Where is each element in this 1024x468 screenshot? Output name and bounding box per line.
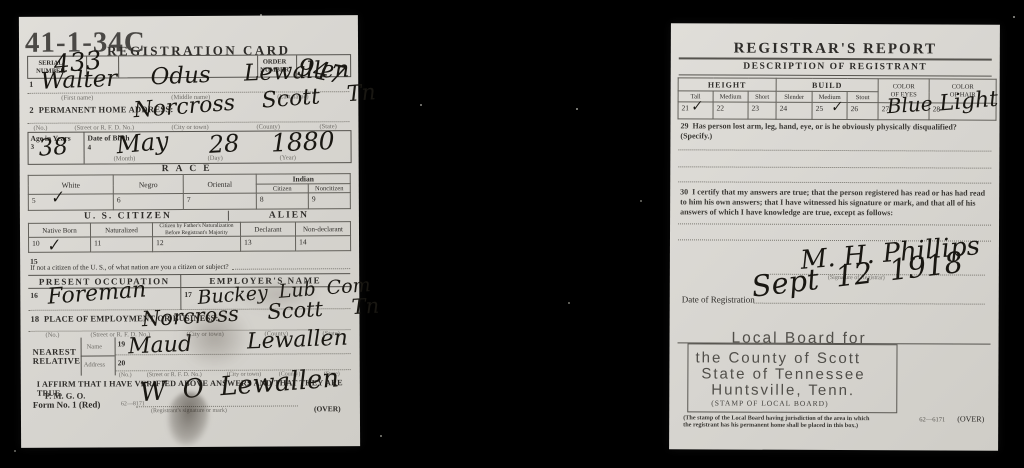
- q30-text-block: 30 I certify that my answers are true; t…: [680, 187, 993, 218]
- scanned-draft-card-image: { "checkmark": "✓", "left_card": { "stam…: [0, 0, 1024, 468]
- q29-question: Has person lost arm, leg, hand, eye, or …: [692, 121, 956, 131]
- q20-number: 20: [118, 358, 126, 367]
- race-cell-oriental: 7: [183, 193, 256, 209]
- height-header: HEIGHT: [678, 78, 776, 91]
- q29-text-block: 29 Has person lost arm, leg, hand, eye, …: [680, 121, 992, 142]
- form-name: Form No. 1 (Red): [33, 399, 101, 409]
- rel-sublabel-no: (No.): [119, 372, 132, 378]
- q17-number: 17: [184, 290, 192, 299]
- dob-sublabel-day: (Day): [208, 155, 223, 162]
- citizen-cell-naturalized: 11: [91, 237, 153, 252]
- race-col-indian: Indian: [256, 174, 350, 184]
- description-subtitle: DESCRIPTION OF REGISTRANT: [671, 61, 1000, 72]
- race-cell-white: 5: [28, 194, 113, 210]
- citizen-col-father-naturalization: Citizen by Father's Naturalization Befor…: [152, 222, 240, 236]
- nearest-relative-label2: RELATIVE: [33, 356, 81, 366]
- name-sublabel-first: (First name): [61, 95, 93, 102]
- dob-sublabel-year: (Year): [280, 154, 296, 161]
- citizen-cell-father: 12: [153, 236, 241, 251]
- relative-address-field-label: Address: [84, 361, 105, 368]
- alien-col-declarant: Declarant: [240, 222, 295, 236]
- registration-card: 41-1-34C REGISTRATION CARD SERIAL NUMBER…: [19, 15, 360, 448]
- race-cell-indian-noncitizen: 9: [308, 193, 350, 209]
- stamp-of-local-board-sublabel: (STAMP OF LOCAL BOARD): [711, 398, 828, 408]
- citizen-col-native-born: Native Born: [28, 223, 90, 237]
- print-code: 62—6171: [919, 416, 945, 423]
- build-header: BUILD: [776, 78, 878, 91]
- race-col-oriental: Oriental: [183, 174, 256, 193]
- report-title: REGISTRAR'S REPORT: [671, 40, 1000, 58]
- color-of-eyes-header-line1: COLOR: [879, 83, 929, 91]
- q29-specify: (Specify.): [680, 131, 992, 142]
- divider: [83, 133, 84, 164]
- citizenship-table: Native Born Naturalized Citizen by Fathe…: [28, 221, 351, 253]
- empl-sublabel-no: (No.): [46, 332, 60, 339]
- local-board-stamp-line3: State of Tennessee: [701, 365, 865, 383]
- height-cell-medium: 22: [713, 102, 748, 119]
- q3-number: 3: [31, 143, 35, 151]
- build-option-stout: Stout: [847, 92, 878, 103]
- q15-label: If not a citizen of the U. S., of what n…: [30, 263, 229, 272]
- over-label: (OVER): [314, 404, 341, 413]
- over-label: (OVER): [957, 415, 984, 424]
- q1-number: 1: [29, 80, 33, 89]
- citizen-col-naturalized: Naturalized: [90, 223, 152, 237]
- alien-cell-non-declarant: 14: [296, 236, 351, 251]
- rule: [678, 149, 991, 151]
- q4-number: 4: [88, 144, 92, 152]
- local-board-stamp-line4: Huntsville, Tenn.: [711, 381, 855, 399]
- race-cell-negro: 6: [113, 194, 183, 210]
- build-option-slender: Slender: [776, 91, 812, 102]
- divider: [228, 211, 229, 221]
- rule: [679, 74, 992, 76]
- race-table: White Negro Oriental Indian Citizen Nonc…: [28, 173, 351, 211]
- race-col-indian-citizen: Citizen: [256, 184, 308, 193]
- q2-number: 2: [29, 105, 34, 115]
- age-value: 38: [38, 134, 69, 162]
- alien-cell-declarant: 13: [241, 236, 296, 251]
- rule: [754, 303, 985, 305]
- race-col-indian-noncitizen: Noncitizen: [308, 184, 350, 193]
- q30-certification: I certify that my answers are true; that…: [680, 187, 985, 217]
- height-cell-short: 23: [748, 102, 776, 119]
- hair-color-value: Light: [938, 87, 999, 117]
- race-col-negro: Negro: [113, 175, 183, 194]
- height-tall-checkmark: ✓: [689, 98, 703, 115]
- height-option-medium: Medium: [713, 91, 748, 102]
- race-col-white: White: [28, 175, 113, 194]
- height-option-short: Short: [748, 91, 776, 102]
- dob-year-value: 1880: [270, 126, 335, 158]
- eye-color-value: Blue: [886, 91, 933, 118]
- date-of-registration-label: Date of Registration: [682, 294, 755, 304]
- q19-number: 19: [118, 339, 126, 348]
- stamp-note-line2: the registrant has his permanent home sh…: [683, 421, 858, 429]
- q16-number: 16: [30, 291, 38, 300]
- ink-smudge-middle: [178, 304, 250, 370]
- build-medium-checkmark: ✓: [829, 99, 843, 116]
- divider: [81, 355, 115, 356]
- local-board-stamp-line2: the County of Scott: [695, 349, 861, 367]
- alien-header: ALIEN: [228, 210, 350, 221]
- build-cell-slender: 24: [776, 102, 812, 119]
- rule: [678, 166, 991, 168]
- dob-sublabel-month: (Month): [114, 155, 136, 162]
- rule: [678, 181, 991, 183]
- alien-col-non-declarant: Non-declarant: [295, 222, 350, 236]
- us-citizen-header: U. S. CITIZEN: [28, 211, 228, 222]
- rule: [678, 223, 991, 225]
- rule: [679, 57, 992, 60]
- rule: [232, 268, 350, 270]
- q30-number: 30: [680, 187, 688, 196]
- relative-name-field-label: Name: [87, 343, 103, 350]
- q18-number: 18: [30, 314, 39, 324]
- race-cell-indian-citizen: 8: [256, 193, 308, 209]
- q29-number: 29: [680, 121, 688, 130]
- build-cell-stout: 26: [847, 103, 878, 120]
- registrars-report-card: REGISTRAR'S REPORT DESCRIPTION OF REGIST…: [669, 23, 1000, 450]
